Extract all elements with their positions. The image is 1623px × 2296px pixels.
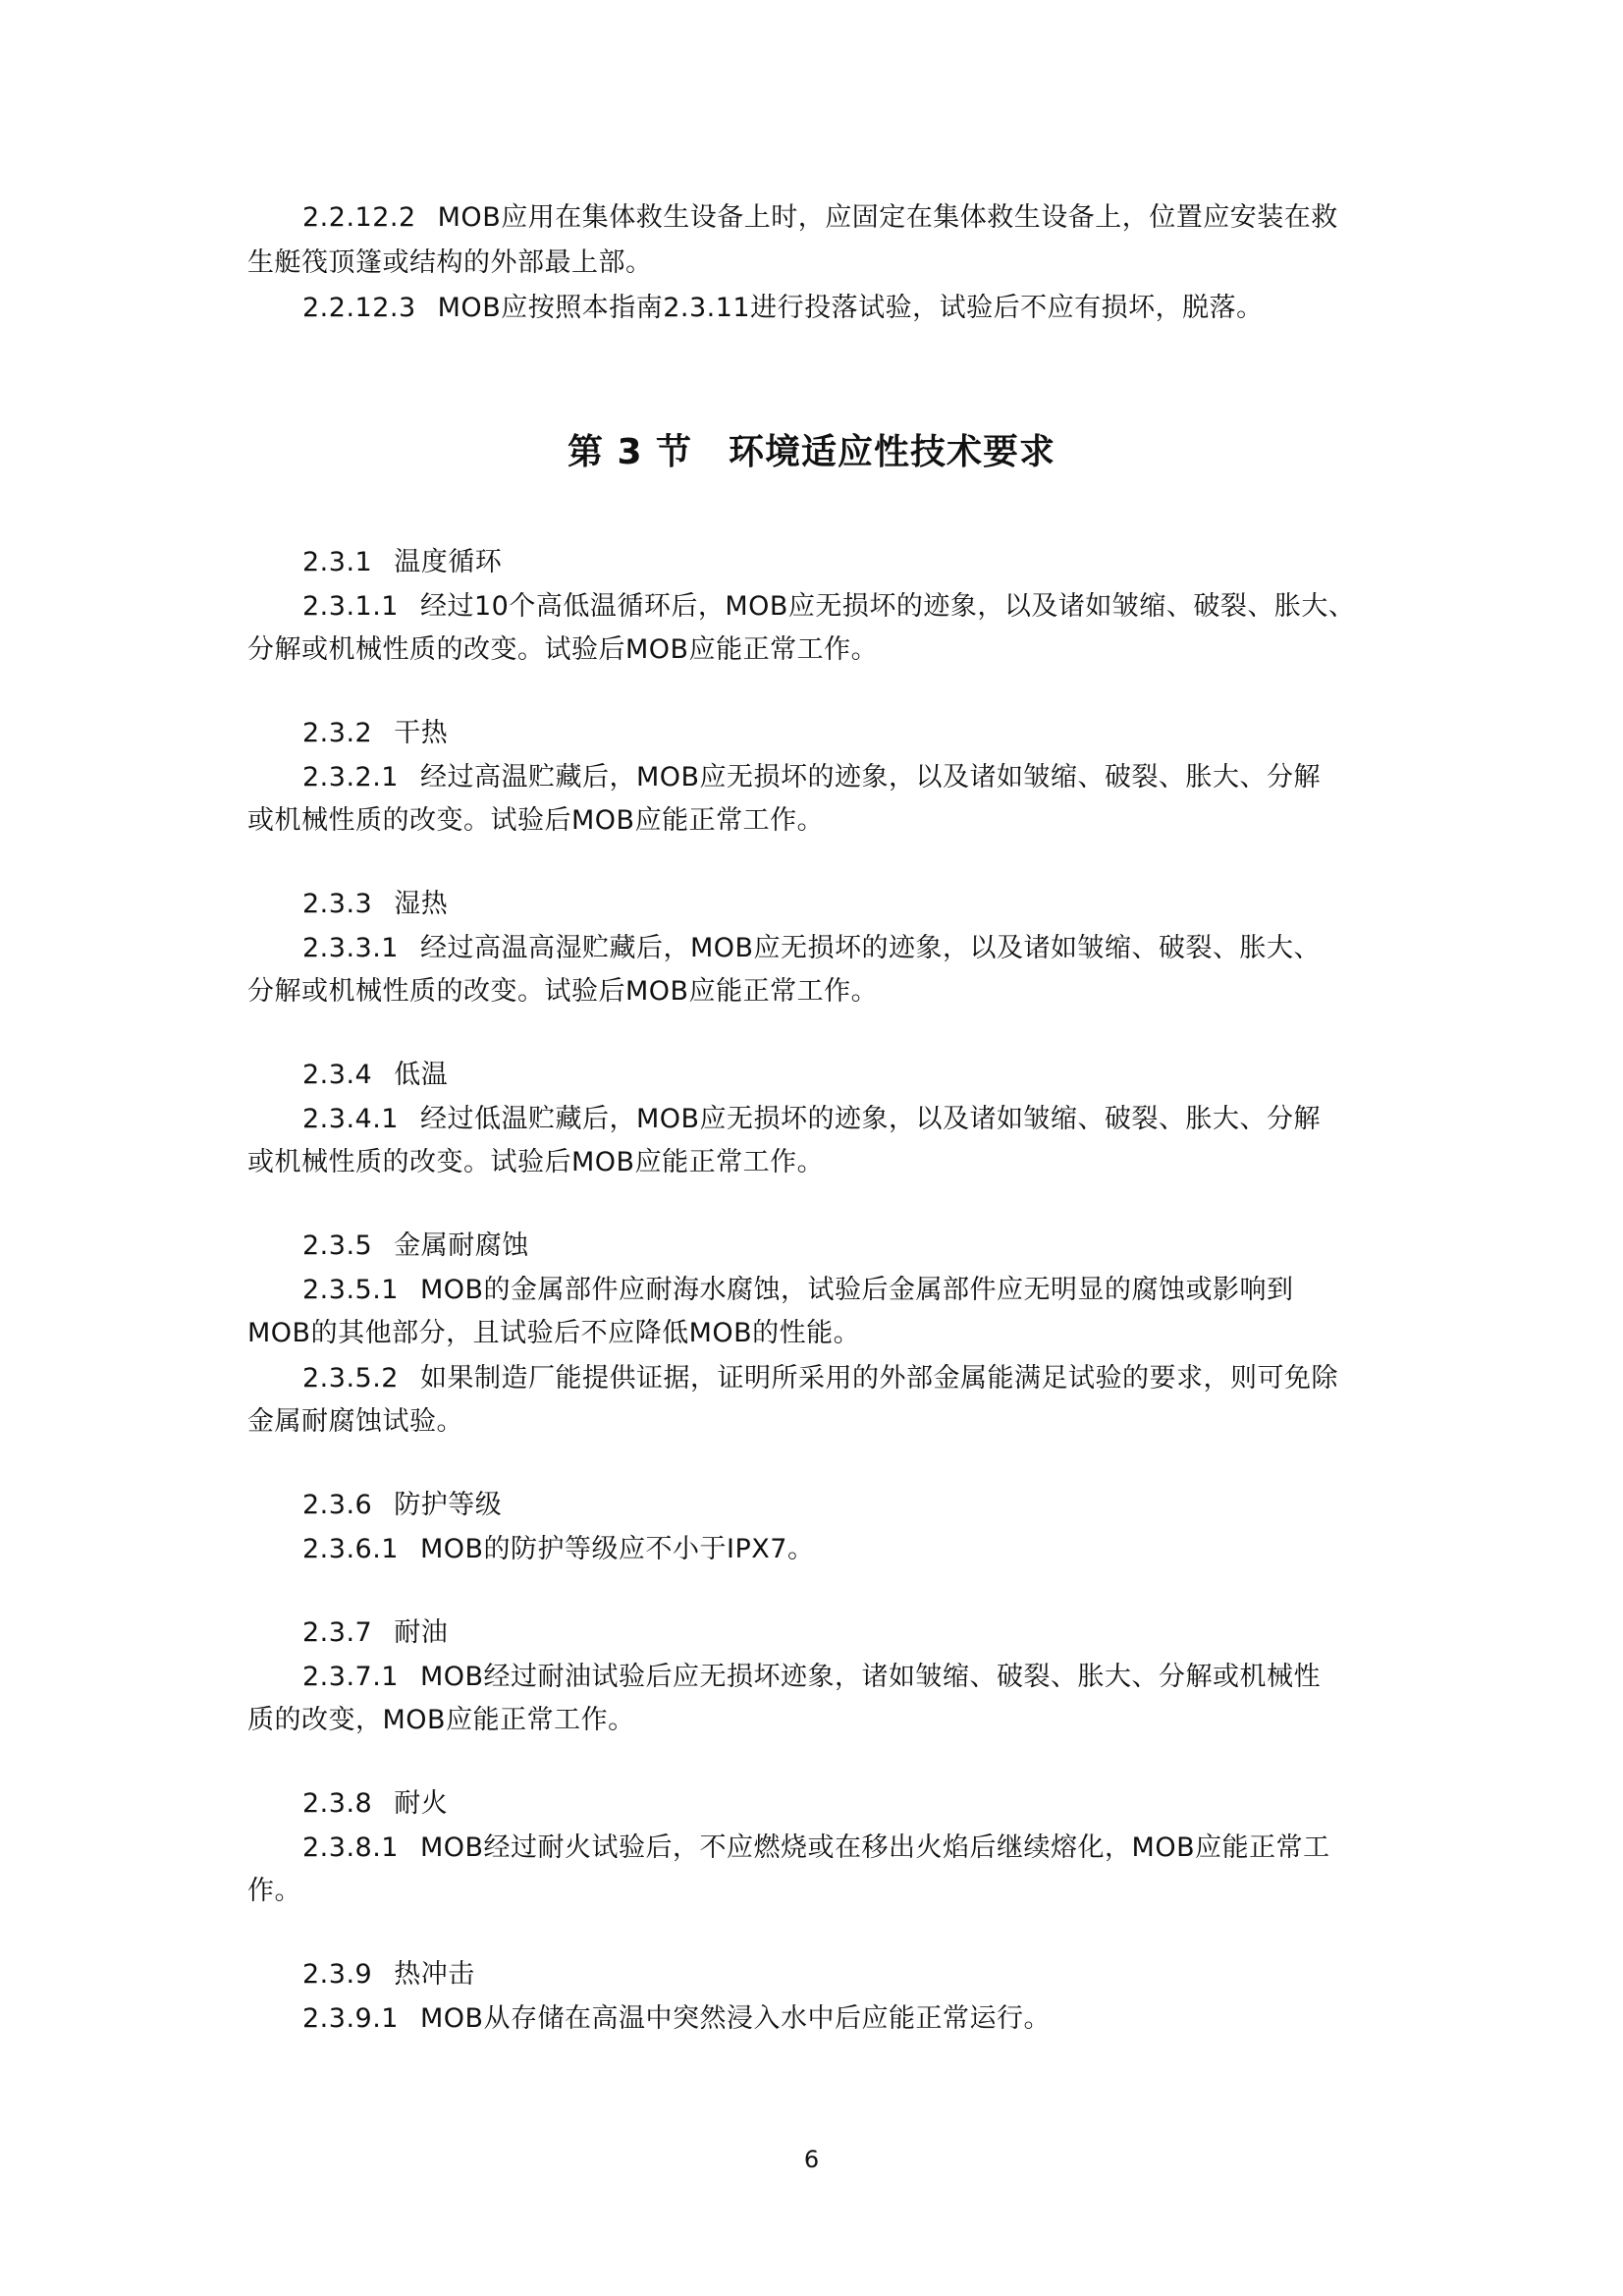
paragraph-2-2-12-2-line2: 生艇筏顶篷或结构的外部最上部。 [247,244,653,283]
clause-2-3-2-1: 2.3.2.1经过高温贮藏后，MOB应无损坏的迹象，以及诸如皱缩、破裂、胀大、分… [302,758,1321,797]
clause-2-3-7-1-cont: 质的改变，MOB应能正常工作。 [247,1701,635,1740]
section-heading-2-3-6: 2.3.6防护等级 [302,1486,502,1525]
section-heading-2-3-7: 2.3.7耐油 [302,1613,448,1653]
clause-number: 2.2.12.2 [302,198,416,238]
clause-2-3-6-1: 2.3.6.1MOB的防护等级应不小于IPX7。 [302,1530,814,1569]
section-heading-2-3-1: 2.3.1温度循环 [302,543,502,582]
clause-2-3-5-2: 2.3.5.2如果制造厂能提供证据，证明所采用的外部金属能满足试验的要求，则可免… [302,1359,1338,1398]
section-title: 第 3 节 环境适应性技术要求 [0,424,1623,474]
clause-2-3-2-1-cont: 或机械性质的改变。试验后MOB应能正常工作。 [247,801,824,841]
section-heading-2-3-2: 2.3.2干热 [302,714,448,753]
clause-2-3-7-1: 2.3.7.1MOB经过耐油试验后应无损坏迹象，诸如皱缩、破裂、胀大、分解或机械… [302,1658,1321,1697]
section-heading-2-3-3: 2.3.3湿热 [302,885,448,924]
clause-2-3-8-1: 2.3.8.1MOB经过耐火试验后，不应燃烧或在移出火焰后继续熔化，MOB应能正… [302,1829,1330,1868]
clause-2-3-3-1: 2.3.3.1经过高温高湿贮藏后，MOB应无损坏的迹象，以及诸如皱缩、破裂、胀大… [302,929,1321,968]
clause-2-3-4-1-cont: 或机械性质的改变。试验后MOB应能正常工作。 [247,1143,824,1182]
clause-2-3-9-1: 2.3.9.1MOB从存储在高温中突然浸入水中后应能正常运行。 [302,1999,1051,2039]
clause-2-3-5-1: 2.3.5.1MOB的金属部件应耐海水腐蚀，试验后金属部件应无明显的腐蚀或影响到 [302,1271,1294,1310]
section-heading-2-3-8: 2.3.8耐火 [302,1784,448,1824]
clause-2-3-3-1-cont: 分解或机械性质的改变。试验后MOB应能正常工作。 [247,972,878,1011]
clause-2-3-5-1-cont: MOB的其他部分，且试验后不应降低MOB的性能。 [247,1314,860,1353]
paragraph-2-2-12-3: 2.2.12.3MOB应按照本指南2.3.11进行投落试验，试验后不应有损坏，脱… [302,289,1264,328]
section-heading-2-3-9: 2.3.9热冲击 [302,1955,475,1995]
document-page: 2.2.12.2MOB应用在集体救生设备上时，应固定在集体救生设备上，位置应安装… [0,0,1623,2296]
clause-2-3-8-1-cont: 作。 [247,1872,301,1911]
paragraph-2-2-12-2-line1: 2.2.12.2MOB应用在集体救生设备上时，应固定在集体救生设备上，位置应安装… [302,198,1338,238]
section-heading-2-3-4: 2.3.4低温 [302,1056,448,1095]
clause-2-3-1-1-cont: 分解或机械性质的改变。试验后MOB应能正常工作。 [247,630,878,670]
section-heading-2-3-5: 2.3.5金属耐腐蚀 [302,1227,529,1266]
page-number: 6 [0,2146,1623,2173]
clause-2-3-1-1: 2.3.1.1经过10个高低温循环后，MOB应无损坏的迹象，以及诸如皱缩、破裂、… [302,587,1355,627]
clause-2-3-4-1: 2.3.4.1经过低温贮藏后，MOB应无损坏的迹象，以及诸如皱缩、破裂、胀大、分… [302,1100,1321,1139]
clause-number: 2.2.12.3 [302,289,416,328]
clause-2-3-5-2-cont: 金属耐腐蚀试验。 [247,1402,463,1442]
